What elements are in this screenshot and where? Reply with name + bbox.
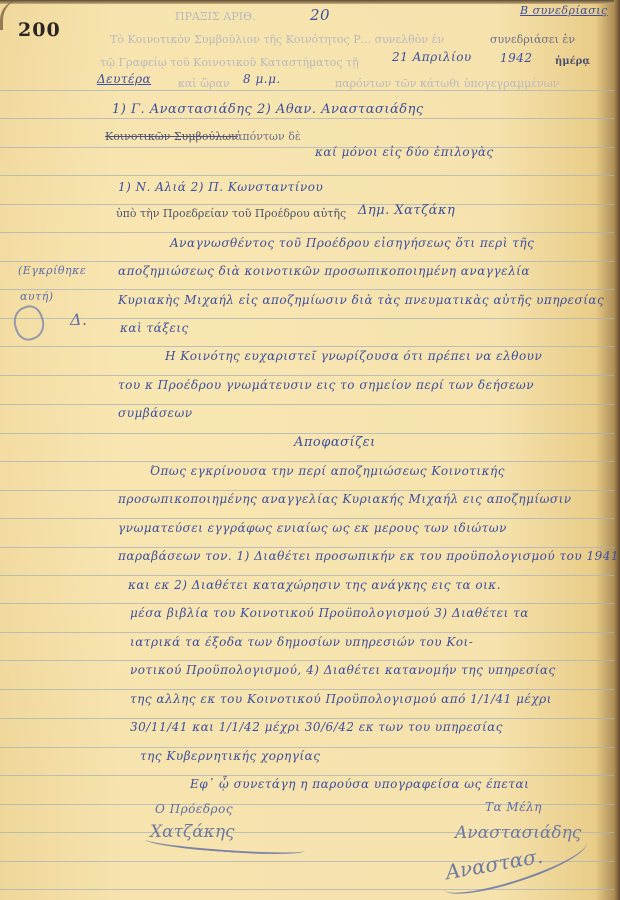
ruled-line <box>0 318 614 319</box>
ruled-line <box>0 689 614 690</box>
ruled-line <box>0 289 614 290</box>
decision-heading: Αποφασίζει <box>294 435 376 450</box>
body-line: ιατρικά τα έξοδα των δημοσίων υπηρεσιών … <box>130 635 473 649</box>
ruled-line <box>0 147 614 148</box>
ruled-line <box>0 490 614 491</box>
body-line: Κυριακὴς Μιχαήλ εἰς αποζημίωσιν διὰ τὰς … <box>118 293 604 307</box>
body-line: νοτικού Προϋπολογισμού, 4) Διαθέτει κατα… <box>130 663 556 677</box>
ruled-line <box>0 518 614 519</box>
body-line: και εκ 2) Διαθέτει καταχώρησιν της ανάγκ… <box>128 578 501 592</box>
ruled-line <box>0 433 614 434</box>
margin-note-line2: αυτή) <box>20 290 54 303</box>
session-type: Β συνεδρίασις <box>520 4 608 17</box>
body-line: Αναγνωσθέντος τοῦ Προέδρου εἰσηγήσεως ὅτ… <box>170 236 534 250</box>
binding-edge <box>614 0 620 900</box>
president-label: Ο Πρόεδρος <box>155 802 233 816</box>
absent-reason: καί μόνοι εἰς δύο ἐπιλογὰς <box>315 145 494 159</box>
ruled-line <box>0 775 614 776</box>
body-line: προσωπικοποιημένης αναγγελίας Κυριακής Μ… <box>118 492 572 506</box>
ruled-line <box>0 660 614 661</box>
body-line: γνωματεύσει εγγράφως ενιαίως ως εκ μερου… <box>118 521 507 535</box>
printed-councillors-label: Κοινοτικῶν Συμβούλων <box>105 130 238 143</box>
meeting-time: 8 μ.μ. <box>243 72 281 86</box>
body-line: μέσα βιβλία του Κοινοτικού Προϋπολογισμο… <box>130 606 529 620</box>
ruled-line <box>0 232 614 233</box>
ruled-line <box>0 204 614 205</box>
body-line: 30/11/41 και 1/1/42 μέχρι 30/6/42 εκ των… <box>130 720 503 734</box>
margin-initial-mark <box>9 302 49 344</box>
printed-session-suffix: συνεδριάσει ἐν <box>490 33 575 46</box>
ruled-line <box>0 575 614 576</box>
ruled-line <box>0 175 614 176</box>
absent-members: 1) Ν. Αλιά 2) Π. Κωνσταντίνου <box>118 180 323 194</box>
ruled-line <box>0 261 614 262</box>
chair-name: Δημ. Χατζάκη <box>358 203 455 218</box>
body-line: Η Κοινότης ευχαριστεῖ γνωρίζουσα ότι πρέ… <box>165 349 542 363</box>
present-members: 1) Γ. Αναστασιάδης 2) Αθαν. Αναστασιάδης <box>112 102 424 117</box>
printed-council-line: Τὸ Κοινοτικὸν Συμβούλιον τῆς Κοινότητος … <box>110 33 444 46</box>
ruled-line <box>0 375 614 376</box>
ruled-line <box>0 346 614 347</box>
ruled-line <box>0 118 614 119</box>
body-line: του κ Προέδρου γνωμάτευσιν εις το σημείο… <box>118 378 534 392</box>
margin-initial: Δ. <box>70 310 88 329</box>
ruled-line <box>0 603 614 604</box>
printed-time-label: καὶ ὥραν <box>178 77 230 90</box>
ruled-line <box>0 718 614 719</box>
margin-note-line1: (Εγκρίθηκε <box>18 264 86 277</box>
ruled-line <box>0 461 614 462</box>
meeting-year: 1942 <box>500 51 533 65</box>
printed-absent-label: ἀπόντων δὲ <box>235 130 301 143</box>
ledger-page: 200 ΠΡΑΞΙΣ ΑΡΙΘ. 20 Β συνεδρίασις Τὸ Κοι… <box>0 0 620 900</box>
ruled-line <box>0 747 614 748</box>
meeting-weekday: Δευτέρα <box>97 72 151 86</box>
closing-line: Εφ᾽ ᾧ συνετάγη η παρούσα υπογραφείσα ως … <box>190 777 529 791</box>
printed-day-label: ἡμέρᾳ <box>555 56 590 67</box>
ruled-line <box>0 547 614 548</box>
body-line: καὶ τάξεις <box>120 321 189 335</box>
printed-chair-label: ὑπὸ τὴν Προεδρείαν τοῦ Προέδρου αὐτῆς <box>116 207 346 220</box>
ruled-line <box>0 889 614 890</box>
ruled-line <box>0 90 614 91</box>
printed-present-label: παρόντων τῶν κάτωθι ὑπογεγραμμένων <box>335 77 559 90</box>
printed-office-line: τῷ Γραφείῳ τοῦ Κοινοτικοῦ Καταστήματος τ… <box>100 56 359 69</box>
page-number: 200 <box>18 19 61 41</box>
ruled-line <box>0 404 614 405</box>
members-label: Τα Μέλη <box>485 800 542 814</box>
body-line: συμβάσεων <box>118 406 193 420</box>
body-line: της αλλης εκ του Κοινοτικού Προϋπολογισμ… <box>130 692 552 706</box>
act-number: 20 <box>310 6 330 24</box>
meeting-date: 21 Απριλίου <box>392 50 472 64</box>
body-line: παραβάσεων τον. 1) Διαθέτει προσωπικήν ε… <box>118 549 619 563</box>
body-line: Όπως εγκρίνουσα την περί αποζημιώσεως Κο… <box>150 464 505 478</box>
printed-act-label: ΠΡΑΞΙΣ ΑΡΙΘ. <box>175 10 256 23</box>
ruled-line <box>0 632 614 633</box>
body-line: της Κυβερνητικής χορηγίας <box>140 749 320 763</box>
body-line: αποζημιώσεως διὰ κοινοτικῶν προσωπικοποι… <box>118 264 530 278</box>
